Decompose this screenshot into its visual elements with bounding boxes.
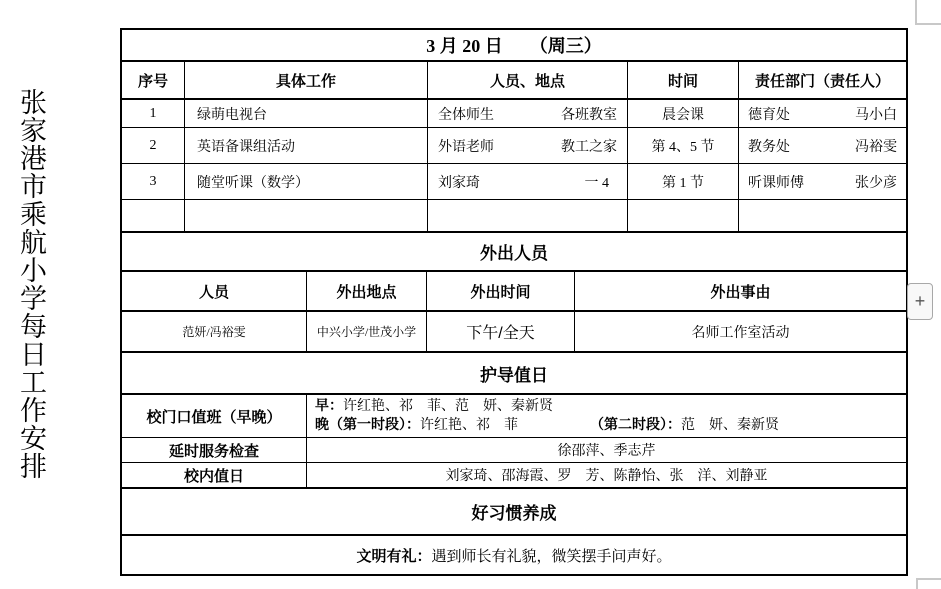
gate-evening-slot2-prefix: （第二时段）： xyxy=(590,418,681,433)
gate-duty-label: 校门口值班（早晚） xyxy=(122,395,307,437)
habit-section-title: 好习惯养成 xyxy=(122,489,906,534)
campus-duty-row: 校内值日 刘家琦、邵海霞、罗 芳、陈静怡、张 洋、刘静亚 xyxy=(122,463,906,489)
duty-section-title-row: 护导值日 xyxy=(122,353,906,395)
delay-check-label: 延时服务检查 xyxy=(122,438,307,462)
cell-task: 英语备课组活动 xyxy=(185,128,428,163)
outing-reason: 名师工作室活动 xyxy=(575,312,906,351)
gate-duty-row: 校门口值班（早晚） 早：许红艳、祁 菲、范 妍、秦新贤 晚（第一时段）：许红艳、… xyxy=(122,395,906,438)
cell-time: 第 1 节 xyxy=(628,164,739,199)
table-row: 1 绿萌电视台 全体师生 各班教室 晨会课 德育处 马小白 xyxy=(122,100,906,128)
cell-task: 随堂听课（数学） xyxy=(185,164,428,199)
page-corner-mark-bottom xyxy=(916,578,941,589)
outing-section-title-row: 外出人员 xyxy=(122,233,906,272)
cell-owner-name: 冯裕雯 xyxy=(855,136,897,156)
gate-morning-names: 许红艳、祁 菲、范 妍、秦新贤 xyxy=(343,399,553,414)
cell-dept-name: 听课师傅 xyxy=(748,172,804,192)
cell-task: 绿萌电视台 xyxy=(185,100,428,127)
cell-time: 晨会课 xyxy=(628,100,739,127)
duty-section-title: 护导值日 xyxy=(122,353,906,393)
delay-check-names: 徐邵萍、季志芹 xyxy=(307,438,906,462)
outing-data-row: 范妍/冯裕雯 中兴小学/世茂小学 下午/全天 名师工作室活动 xyxy=(122,312,906,353)
cell-place: 教工之家 xyxy=(561,136,617,156)
cell-owner-name: 张少彦 xyxy=(855,172,897,192)
cell-time: 第 4、5 节 xyxy=(628,128,739,163)
cell-place: 一 4 xyxy=(585,172,618,192)
gate-duty-evening-line: 晚（第一时段）：许红艳、祁 菲（第二时段）：范 妍、秦新贤 xyxy=(315,416,779,435)
habit-text: 遇到师长有礼貌，微笑摆手问声好。 xyxy=(432,545,672,566)
add-button[interactable]: + xyxy=(907,283,933,320)
habit-lead: 文明有礼： xyxy=(356,545,431,566)
cell-serial: 1 xyxy=(122,100,185,127)
page-corner-mark-top xyxy=(915,0,941,25)
date-title-row: 3 月 20 日 （周三） xyxy=(122,30,906,62)
cell-people-place: 全体师生 各班教室 xyxy=(428,100,628,127)
cell-person: 全体师生 xyxy=(438,104,494,124)
cell-people-place: 刘家琦 一 4 xyxy=(428,164,628,199)
gate-duty-morning-line: 早：许红艳、祁 菲、范 妍、秦新贤 xyxy=(315,397,553,416)
date-title: 3 月 20 日 （周三） xyxy=(122,30,906,60)
outing-col-reason: 外出事由 xyxy=(575,272,906,310)
cell-person: 外语老师 xyxy=(438,136,494,156)
col-header-time: 时间 xyxy=(628,62,739,98)
table-row-empty xyxy=(122,200,906,233)
outing-place: 中兴小学/世茂小学 xyxy=(307,312,427,351)
cell-owner-name: 马小白 xyxy=(855,104,897,124)
delay-check-row: 延时服务检查 徐邵萍、季志芹 xyxy=(122,438,906,463)
gate-morning-prefix: 早： xyxy=(315,399,343,414)
cell-people-place: 外语老师 教工之家 xyxy=(428,128,628,163)
main-header-row: 序号 具体工作 人员、地点 时间 责任部门（责任人） xyxy=(122,62,906,100)
gate-evening-slot2-names: 范 妍、秦新贤 xyxy=(681,418,779,433)
cell-department: 德育处 马小白 xyxy=(739,100,906,127)
col-header-department: 责任部门（责任人） xyxy=(739,62,906,98)
gate-evening-slot1-names: 许红艳、祁 菲 xyxy=(420,418,518,433)
cell-dept-name: 德育处 xyxy=(748,104,790,124)
habit-content: 文明有礼：遇到师长有礼貌，微笑摆手问声好。 xyxy=(122,536,906,574)
outing-col-time: 外出时间 xyxy=(427,272,575,310)
col-header-people-place: 人员、地点 xyxy=(428,62,628,98)
campus-duty-names: 刘家琦、邵海霞、罗 芳、陈静怡、张 洋、刘静亚 xyxy=(307,463,906,487)
cell-dept-name: 教务处 xyxy=(748,136,790,156)
cell-department: 教务处 冯裕雯 xyxy=(739,128,906,163)
gate-duty-content: 早：许红艳、祁 菲、范 妍、秦新贤 晚（第一时段）：许红艳、祁 菲（第二时段）：… xyxy=(307,395,906,437)
habit-content-row: 文明有礼：遇到师长有礼貌，微笑摆手问声好。 xyxy=(122,536,906,574)
col-header-serial: 序号 xyxy=(122,62,185,98)
outing-header-row: 人员 外出地点 外出时间 外出事由 xyxy=(122,272,906,312)
cell-department xyxy=(739,200,906,231)
cell-people-place xyxy=(428,200,628,231)
campus-duty-label: 校内值日 xyxy=(122,463,307,487)
cell-person: 刘家琦 xyxy=(438,172,480,192)
outing-section-title: 外出人员 xyxy=(122,233,906,270)
outing-time: 下午/全天 xyxy=(427,312,575,351)
outing-person: 范妍/冯裕雯 xyxy=(122,312,307,351)
cell-time xyxy=(628,200,739,231)
document-side-title: 张家港市乘航小学每日工作安排 xyxy=(16,88,46,506)
daily-schedule-table: 3 月 20 日 （周三） 序号 具体工作 人员、地点 时间 责任部门（责任人）… xyxy=(120,28,908,576)
cell-serial: 2 xyxy=(122,128,185,163)
col-header-task: 具体工作 xyxy=(185,62,428,98)
table-row: 2 英语备课组活动 外语老师 教工之家 第 4、5 节 教务处 冯裕雯 xyxy=(122,128,906,164)
outing-col-person: 人员 xyxy=(122,272,307,310)
cell-serial: 3 xyxy=(122,164,185,199)
gate-evening-slot1-prefix: 晚（第一时段）： xyxy=(315,418,420,433)
cell-place: 各班教室 xyxy=(561,104,617,124)
table-row: 3 随堂听课（数学） 刘家琦 一 4 第 1 节 听课师傅 张少彦 xyxy=(122,164,906,200)
cell-task xyxy=(185,200,428,231)
habit-section-title-row: 好习惯养成 xyxy=(122,489,906,536)
outing-col-place: 外出地点 xyxy=(307,272,427,310)
cell-serial xyxy=(122,200,185,231)
cell-department: 听课师傅 张少彦 xyxy=(739,164,906,199)
